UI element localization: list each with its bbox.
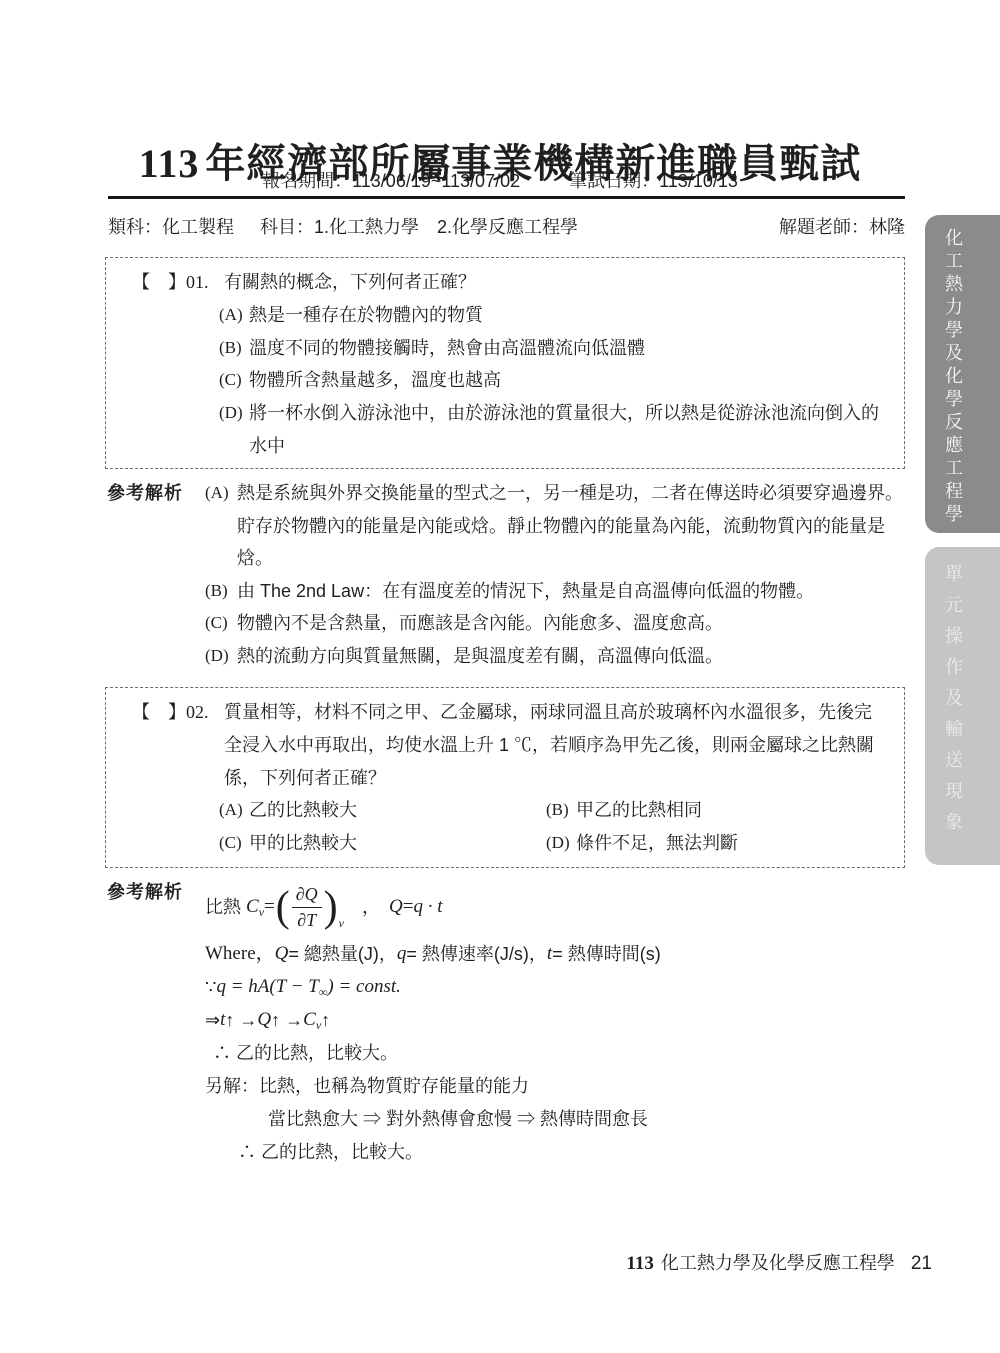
formula-prefix: 比熱 — [205, 891, 241, 924]
question-2-option-c: (C) 甲的比熱較大 — [219, 827, 546, 860]
answer-bracket: 【 】 — [132, 696, 186, 794]
option-label: (B) — [546, 794, 576, 827]
question-1-option-d: (D) 將一杯水倒入游泳池中，由於游泳池的質量很大，所以熱是從游泳池流向倒入的水… — [219, 397, 886, 463]
analysis-1-item-a: (A) 熱是系統與外界交換能量的型式之一，另一種是功，二者在傳送時必須要穿過邊界… — [205, 477, 907, 575]
question-2-box: 【 】 02. 質量相等，材料不同之甲、乙金屬球，兩球同溫且高於玻璃杯內水溫很多… — [105, 687, 905, 868]
question-1-option-a: (A) 熱是一種存在於物體內的物質 — [219, 299, 886, 332]
question-2-options-row-2: (C) 甲的比熱較大 (D) 條件不足，無法判斷 — [219, 827, 886, 860]
specific-heat-formula: 比熱 Cv = (∂Q∂T)v ， Q = q · t — [205, 876, 907, 938]
analysis-2-body: 比熱 Cv = (∂Q∂T)v ， Q = q · t Where，Q = 總熱… — [205, 876, 907, 1169]
formula-separator: ， — [344, 891, 389, 924]
option-text: 溫度不同的物體接觸時，熱會由高溫體流向低溫體 — [249, 332, 886, 365]
option-text: 條件不足，無法判斷 — [576, 827, 738, 860]
option-text: 熱是一種存在於物體內的物質 — [249, 299, 886, 332]
option-label: (D) — [219, 397, 249, 463]
option-label: (B) — [219, 332, 249, 365]
footer-year: 113 — [626, 1253, 653, 1274]
item-text: 熱是系統與外界交換能量的型式之一，另一種是功，二者在傳送時必須要穿過邊界。貯存於… — [237, 477, 907, 575]
option-label: (A) — [219, 794, 249, 827]
item-text: 由 The 2nd Law：在有溫度差的情況下，熱量是自高溫傳向低溫的物體。 — [237, 575, 907, 608]
question-2-options-row-1: (A) 乙的比熱較大 (B) 甲乙的比熱相同 — [219, 794, 886, 827]
question-2-option-b: (B) 甲乙的比熱相同 — [546, 794, 886, 827]
because-symbol: ∵ — [205, 971, 216, 1004]
option-text: 甲的比熱較大 — [249, 827, 357, 860]
question-1-option-c: (C) 物體所含熱量越多，溫度也越高 — [219, 364, 886, 397]
footer-page-number: 21 — [911, 1253, 932, 1274]
sidebar-tab-unit-ops-transport-label: 單元操作及輸送現象 — [940, 564, 966, 843]
question-2-option-d: (D) 條件不足，無法判斷 — [546, 827, 886, 860]
heat-rate-equation-line: ∵ q = hA(T − T∞) = const. — [205, 971, 907, 1004]
footer-book-title: 化工熱力學及化學反應工程學 — [661, 1253, 895, 1273]
question-2-option-a: (A) 乙的比熱較大 — [219, 794, 546, 827]
analysis-1-item-c: (C) 物體內不是含熱量，而應該是含內能。內能愈多、溫度愈高。 — [205, 607, 907, 640]
item-text: 熱的流動方向與質量無關，是與溫度差有關，高溫傳向低溫。 — [237, 640, 907, 673]
implication-line: ⇒ t↑ → Q↑ → Cv ↑ — [205, 1004, 907, 1037]
item-label: (C) — [205, 607, 237, 640]
analysis-1-item-d: (D) 熱的流動方向與質量無關，是與溫度差有關，高溫傳向低溫。 — [205, 640, 907, 673]
question-1-box: 【 】 01. 有關熱的概念，下列何者正確？ (A) 熱是一種存在於物體內的物質… — [105, 257, 905, 469]
option-label: (D) — [546, 827, 576, 860]
header-divider — [108, 196, 905, 199]
analysis-1-body: (A) 熱是系統與外界交換能量的型式之一，另一種是功，二者在傳送時必須要穿過邊界… — [205, 477, 907, 672]
item-text: 物體內不是含熱量，而應該是含內能。內能愈多、溫度愈高。 — [237, 607, 907, 640]
subject-info-left: 類科：化工製程科目：1.化工熱力學 2.化學反應工程學 — [108, 213, 578, 239]
question-1-number: 01. — [186, 266, 224, 299]
where-definitions-line: Where，Q = 總熱量(J)，q = 熱傳速率(J/s)，t = 熱傳時間(… — [205, 938, 907, 971]
analysis-2-block: 參考解析 比熱 Cv = (∂Q∂T)v ， Q = q · t Where，Q… — [107, 876, 907, 1169]
subject-label: 科目：1.化工熱力學 2.化學反應工程學 — [260, 217, 578, 237]
page-footer: 113化工熱力學及化學反應工程學21 — [0, 1249, 932, 1275]
question-1-stem: 有關熱的概念，下列何者正確？ — [224, 266, 886, 299]
answer-bracket: 【 】 — [132, 266, 186, 299]
question-2-stem-row: 【 】 02. 質量相等，材料不同之甲、乙金屬球，兩球同溫且高於玻璃杯內水溫很多… — [132, 696, 886, 794]
option-text: 甲乙的比熱相同 — [576, 794, 702, 827]
option-text: 乙的比熱較大 — [249, 794, 357, 827]
question-1-option-b: (B) 溫度不同的物體接觸時，熱會由高溫體流向低溫體 — [219, 332, 886, 365]
analysis-1-block: 參考解析 (A) 熱是系統與外界交換能量的型式之一，另一種是功，二者在傳送時必須… — [107, 477, 907, 672]
alternative-solution-line: 另解：比熱，也稱為物質貯存能量的能力 — [205, 1070, 907, 1103]
option-text: 將一杯水倒入游泳池中，由於游泳池的質量很大，所以熱是從游泳池流向倒入的水中 — [249, 397, 886, 463]
sidebar-tab-thermo-reaction: 化工熱力學及化學反應工程學 — [925, 215, 1000, 533]
sidebar-tab-unit-ops-transport: 單元操作及輸送現象 — [925, 547, 1000, 865]
alternative-conclusion-line: ∴ 乙的比熱，比較大。 — [205, 1136, 907, 1169]
written-exam-date: 筆試日期：113/10/13 — [569, 171, 738, 191]
partial-derivative-fraction: ∂Q∂T — [292, 883, 322, 931]
option-label: (C) — [219, 827, 249, 860]
exam-dates: 報名期間：113/06/19~113/07/02 筆試日期：113/10/13 — [0, 167, 1000, 193]
option-label: (C) — [219, 364, 249, 397]
question-2-stem: 質量相等，材料不同之甲、乙金屬球，兩球同溫且高於玻璃杯內水溫很多，先後完全浸入水… — [224, 696, 886, 794]
item-label: (B) — [205, 575, 237, 608]
subject-info-row: 類科：化工製程科目：1.化工熱力學 2.化學反應工程學 解題老師：林隆 — [108, 213, 905, 239]
analysis-heading: 參考解析 — [107, 876, 205, 1169]
cv-symbol: C — [246, 891, 259, 924]
registration-period: 報名期間：113/06/19~113/07/02 — [262, 171, 520, 191]
analysis-heading: 參考解析 — [107, 477, 205, 672]
conclusion-line: ∴ 乙的比熱，比較大。 — [205, 1037, 907, 1070]
analysis-1-item-b: (B) 由 The 2nd Law：在有溫度差的情況下，熱量是自高溫傳向低溫的物… — [205, 575, 907, 608]
implies-symbol: ⇒ — [205, 1004, 220, 1037]
item-label: (D) — [205, 640, 237, 673]
category-label: 類科：化工製程 — [108, 217, 234, 237]
sidebar-tab-thermo-reaction-label: 化工熱力學及化學反應工程學 — [940, 228, 966, 527]
alternative-reasoning-line: 當比熱愈大 ⇒ 對外熱傳會愈慢 ⇒ 熱傳時間愈長 — [205, 1103, 907, 1136]
teacher-label: 解題老師：林隆 — [779, 213, 905, 239]
question-1-stem-row: 【 】 01. 有關熱的概念，下列何者正確？ — [132, 266, 886, 299]
option-text: 物體所含熱量越多，溫度也越高 — [249, 364, 886, 397]
item-label: (A) — [205, 477, 237, 575]
option-label: (A) — [219, 299, 249, 332]
question-2-number: 02. — [186, 696, 224, 794]
